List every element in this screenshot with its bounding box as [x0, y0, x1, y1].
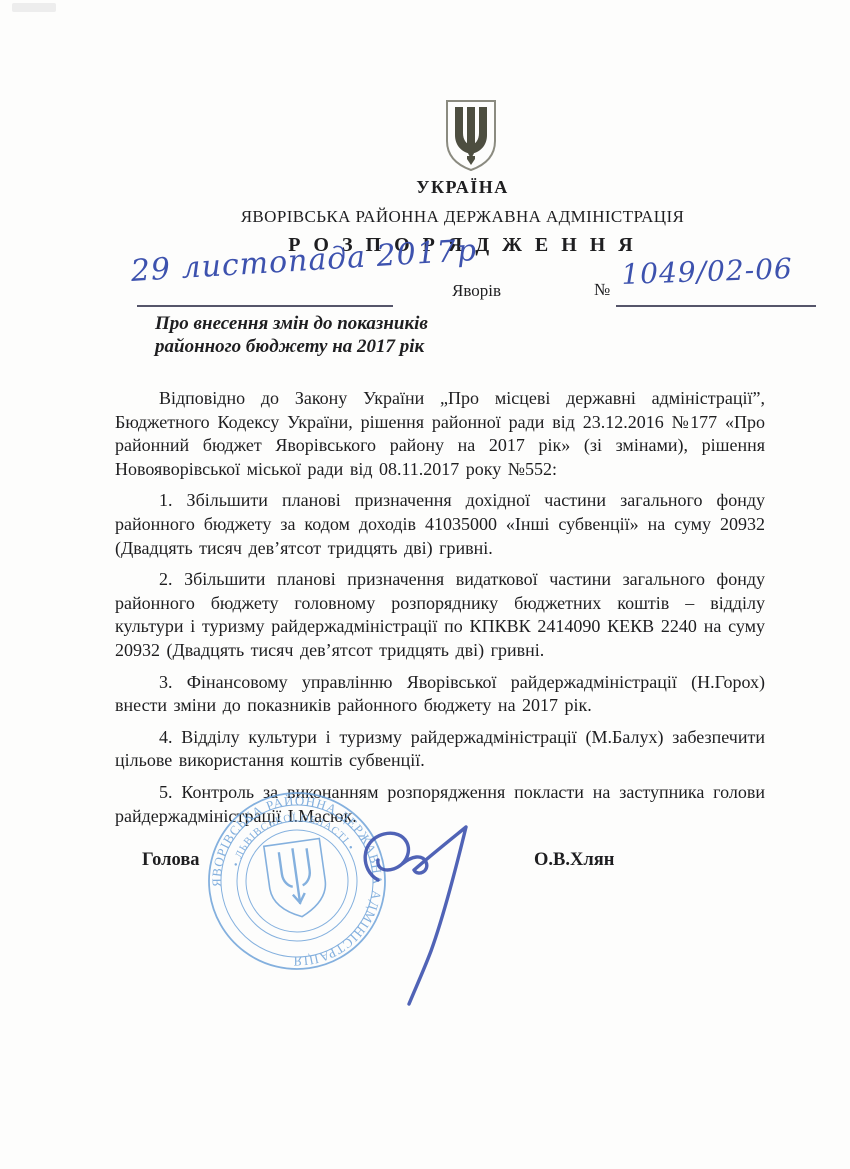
handwritten-number: 1049/02-06 — [621, 252, 793, 291]
subject-line-2: районного бюджету на 2017 рік — [155, 335, 575, 358]
paragraph-item-3: 3. Фінансовому управлінню Яворівської ра… — [115, 671, 765, 718]
paragraph-item-4: 4. Відділу культури і туризму райдержадм… — [115, 726, 765, 773]
paragraph-item-1: 1. Збільшити планові призначення дохідно… — [115, 489, 765, 560]
handwritten-signature — [348, 820, 518, 1010]
scan-artifact — [12, 3, 56, 12]
document-body: Відповідно до Закону України „Про місцев… — [115, 387, 765, 836]
subject-block: Про внесення змін до показників районног… — [155, 312, 575, 358]
country-title: УКРАЇНА — [90, 177, 835, 198]
paragraph-preamble: Відповідно до Закону України „Про місцев… — [115, 387, 765, 481]
signatory-title: Голова — [142, 850, 200, 871]
coat-of-arms-trident-icon — [444, 99, 498, 172]
place-name: Яворів — [452, 281, 501, 301]
date-underline — [137, 305, 393, 307]
authority-title: ЯВОРІВСЬКА РАЙОННА ДЕРЖАВНА АДМІНІСТРАЦІ… — [90, 207, 835, 227]
scanned-document-page: УКРАЇНА ЯВОРІВСЬКА РАЙОННА ДЕРЖАВНА АДМІ… — [0, 0, 850, 1169]
signatory-name: О.В.Хлян — [534, 850, 614, 871]
number-underline — [616, 305, 816, 307]
stamp-trident-icon — [279, 846, 315, 905]
number-sign-label: № — [594, 280, 610, 300]
subject-line-1: Про внесення змін до показників — [155, 312, 575, 335]
paragraph-item-2: 2. Збільшити планові призначення видатко… — [115, 568, 765, 662]
